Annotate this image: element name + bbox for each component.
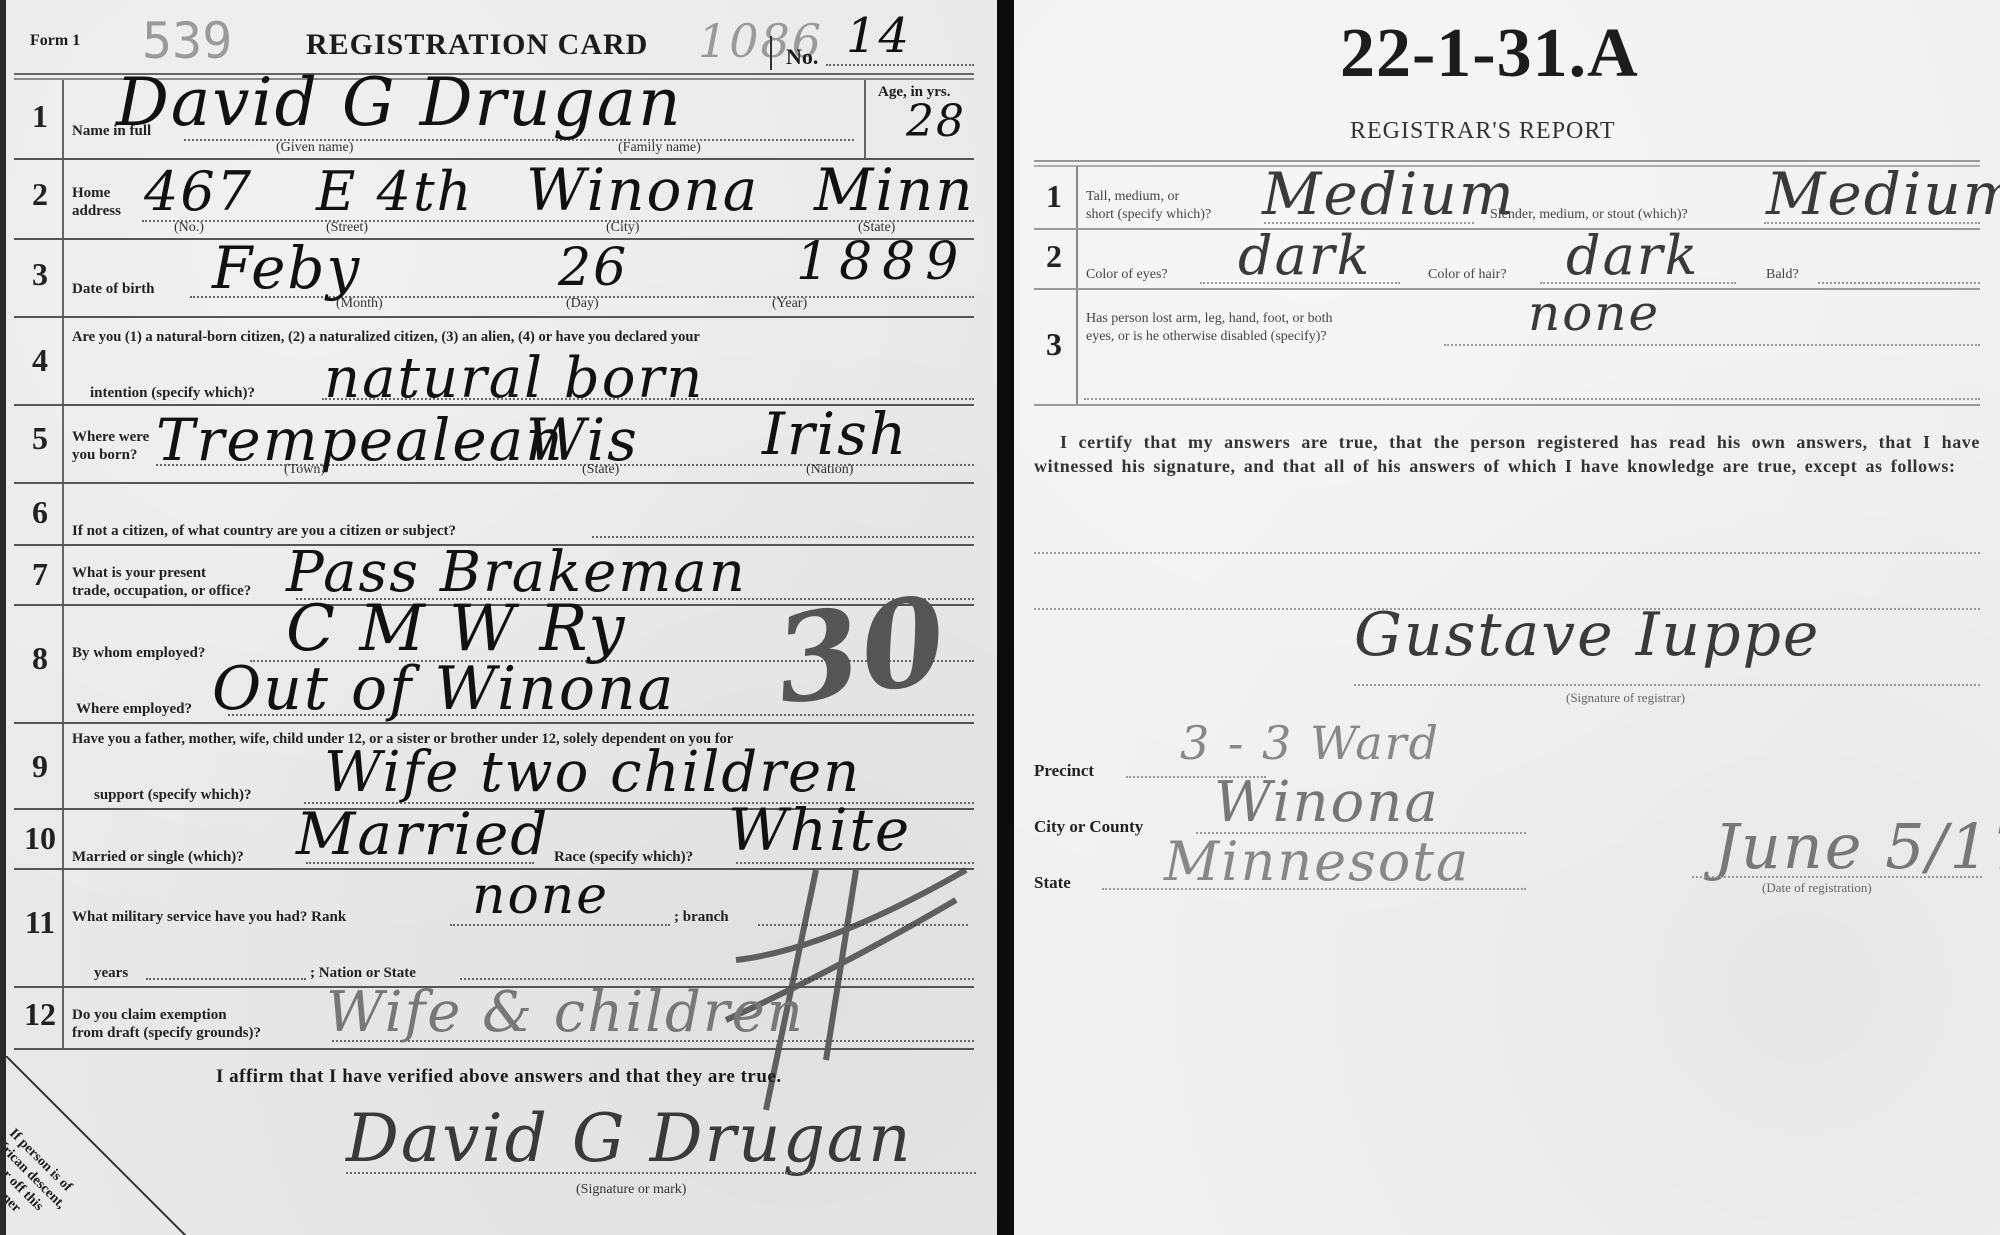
- given-name-caption: (Given name): [276, 140, 353, 156]
- address-city[interactable]: Winona: [526, 156, 759, 224]
- height-label-line2: short (specify which)?: [1086, 206, 1211, 224]
- address-no[interactable]: 467: [144, 160, 253, 223]
- row-number: 9: [20, 748, 60, 785]
- foreign-citizen-line: [592, 536, 974, 538]
- nation-caption: (Nation): [806, 462, 853, 478]
- height-label-line1: Tall, medium, or: [1086, 188, 1179, 206]
- family-name-caption: (Family name): [618, 140, 701, 156]
- certification-text: I certify that my answers are true, that…: [1034, 430, 1980, 478]
- home-label-line2: address: [72, 202, 121, 220]
- state-caption: (State): [582, 462, 619, 478]
- home-label-line1: Home: [72, 184, 110, 202]
- affirmation-text: I affirm that I have verified above answ…: [216, 1066, 782, 1088]
- age-value[interactable]: 28: [906, 96, 966, 147]
- disability-line: [1444, 344, 1980, 346]
- foreign-citizen-question: If not a citizen, of what country are yo…: [72, 522, 456, 540]
- dob-label: Date of birth: [72, 280, 155, 298]
- exception-line-1: [1034, 552, 1980, 554]
- employer-label: By whom employed?: [72, 644, 205, 662]
- row-number: 1: [1034, 178, 1074, 215]
- exemption-label-line2: from draft (specify grounds)?: [72, 1024, 261, 1042]
- header-divider: [770, 36, 772, 70]
- no-label: No.: [786, 44, 818, 70]
- military-answer[interactable]: none: [472, 866, 609, 926]
- no-line: [826, 64, 974, 66]
- dependents-question-line2: support (specify which)?: [94, 786, 252, 804]
- row-number: 12: [14, 996, 66, 1033]
- year-caption: (Year): [772, 296, 807, 312]
- signature-caption: (Signature or mark): [576, 1182, 686, 1198]
- dob-year[interactable]: 1889: [796, 232, 968, 292]
- race-label: Race (specify which)?: [554, 848, 693, 866]
- disability-line-2: [1084, 398, 1980, 400]
- row-number: 7: [20, 556, 60, 593]
- row-number: 10: [14, 820, 66, 857]
- row-number: 1: [20, 98, 60, 135]
- row-divider: [1034, 228, 1980, 230]
- town-caption: (Town): [284, 462, 325, 478]
- military-label: What military service have you had? Rank: [72, 908, 346, 926]
- state-value[interactable]: Minnesota: [1164, 830, 1470, 893]
- row-divider: [1034, 404, 1980, 406]
- row-number: 5: [20, 420, 60, 457]
- bald-line: [1818, 282, 1980, 284]
- disability-label-line1: Has person lost arm, leg, hand, foot, or…: [1086, 310, 1333, 328]
- row-number: 8: [20, 640, 60, 677]
- years-line: [146, 978, 306, 980]
- exemption-answer[interactable]: Wife & children: [326, 980, 805, 1045]
- age-divider: [864, 80, 866, 158]
- row-number: 3: [20, 256, 60, 293]
- hair-color-answer[interactable]: dark: [1566, 224, 1699, 287]
- row-number: 4: [20, 342, 60, 379]
- citizenship-answer[interactable]: natural born: [324, 346, 704, 411]
- serial-code: 22-1-31.A: [1340, 14, 1639, 94]
- eye-color-label: Color of eyes?: [1086, 266, 1168, 284]
- row-number: 2: [20, 176, 60, 213]
- form-label: Form 1: [30, 32, 80, 50]
- row-divider: [14, 1048, 974, 1050]
- address-state[interactable]: Minn: [814, 156, 975, 224]
- number-column-divider: [1076, 166, 1078, 404]
- precinct-label: Precinct: [1034, 762, 1094, 780]
- marital-answer[interactable]: Married: [296, 800, 549, 868]
- build-label: Slender, medium, or stout (which)?: [1490, 206, 1688, 224]
- name-answer[interactable]: David G Drugan: [116, 64, 683, 141]
- birthplace-label-line2: you born?: [72, 446, 137, 464]
- disability-label-line2: eyes, or is he otherwise disabled (speci…: [1086, 328, 1327, 346]
- row-divider: [14, 722, 974, 724]
- eye-color-answer[interactable]: dark: [1238, 224, 1371, 287]
- no-caption: (No.): [174, 220, 204, 236]
- height-answer[interactable]: Medium: [1262, 160, 1516, 228]
- dob-month[interactable]: Feby: [212, 234, 361, 302]
- row-number: 11: [14, 904, 66, 941]
- citizenship-question-line2: intention (specify which)?: [90, 384, 255, 402]
- city-caption: (City): [606, 220, 639, 236]
- birth-town[interactable]: Trempealean: [156, 406, 565, 474]
- margin-note: 30: [767, 569, 956, 732]
- registration-date-line: [1692, 876, 1982, 878]
- citizenship-question: Are you (1) a natural-born citizen, (2) …: [72, 328, 700, 346]
- precinct-value[interactable]: 3 - 3 Ward: [1180, 716, 1440, 770]
- registration-date-caption: (Date of registration): [1762, 880, 1872, 896]
- bald-label: Bald?: [1766, 266, 1799, 284]
- stamp-number: 539: [142, 12, 232, 70]
- row-number: 3: [1034, 326, 1074, 363]
- city-county-label: City or County: [1034, 818, 1143, 836]
- registrar-signature-caption: (Signature of registrar): [1566, 690, 1685, 706]
- exemption-label-line1: Do you claim exemption: [72, 1006, 227, 1024]
- no-value: 14: [846, 8, 911, 64]
- city-county-value[interactable]: Winona: [1214, 770, 1440, 835]
- occupation-label-line1: What is your present: [72, 564, 206, 582]
- row-divider: [1034, 288, 1980, 290]
- employment-place-answer[interactable]: Out of Winona: [212, 654, 675, 724]
- registrar-signature[interactable]: Gustave Iuppe: [1354, 600, 1820, 670]
- hair-color-label: Color of hair?: [1428, 266, 1507, 284]
- number-column-divider: [62, 80, 64, 1048]
- birth-nation[interactable]: Irish: [762, 400, 908, 468]
- report-title: REGISTRAR'S REPORT: [1350, 118, 1616, 145]
- card-title: REGISTRATION CARD: [306, 28, 648, 62]
- disability-answer[interactable]: none: [1528, 284, 1660, 342]
- address-street[interactable]: E 4th: [316, 160, 473, 223]
- month-caption: (Month): [336, 296, 383, 312]
- row-divider: [14, 316, 974, 318]
- day-caption: (Day): [566, 296, 599, 312]
- registrar-signature-line: [1354, 684, 1980, 686]
- occupation-label-line2: trade, occupation, or office?: [72, 582, 251, 600]
- signature-line: [346, 1172, 976, 1174]
- row-divider: [14, 482, 974, 484]
- dob-day[interactable]: 26: [558, 238, 628, 298]
- birthplace-label-line1: Where were: [72, 428, 149, 446]
- race-answer[interactable]: White: [728, 796, 911, 864]
- applicant-signature[interactable]: David G Drugan: [346, 1100, 913, 1177]
- registration-card: Form 1 539 REGISTRATION CARD 1086 No. 14…: [0, 0, 997, 1235]
- row-number: 2: [1034, 238, 1074, 275]
- registration-date[interactable]: June 5/17: [1714, 810, 2000, 883]
- registrars-report-card: 22-1-31.A REGISTRAR'S REPORT 1 Tall, med…: [1014, 0, 2000, 1235]
- employment-place-label: Where employed?: [76, 700, 192, 718]
- marital-label: Married or single (which)?: [72, 848, 244, 866]
- row-number: 6: [20, 494, 60, 531]
- build-answer[interactable]: Medium: [1766, 160, 2000, 228]
- state-label: State: [1034, 874, 1071, 892]
- years-label: years: [94, 964, 128, 982]
